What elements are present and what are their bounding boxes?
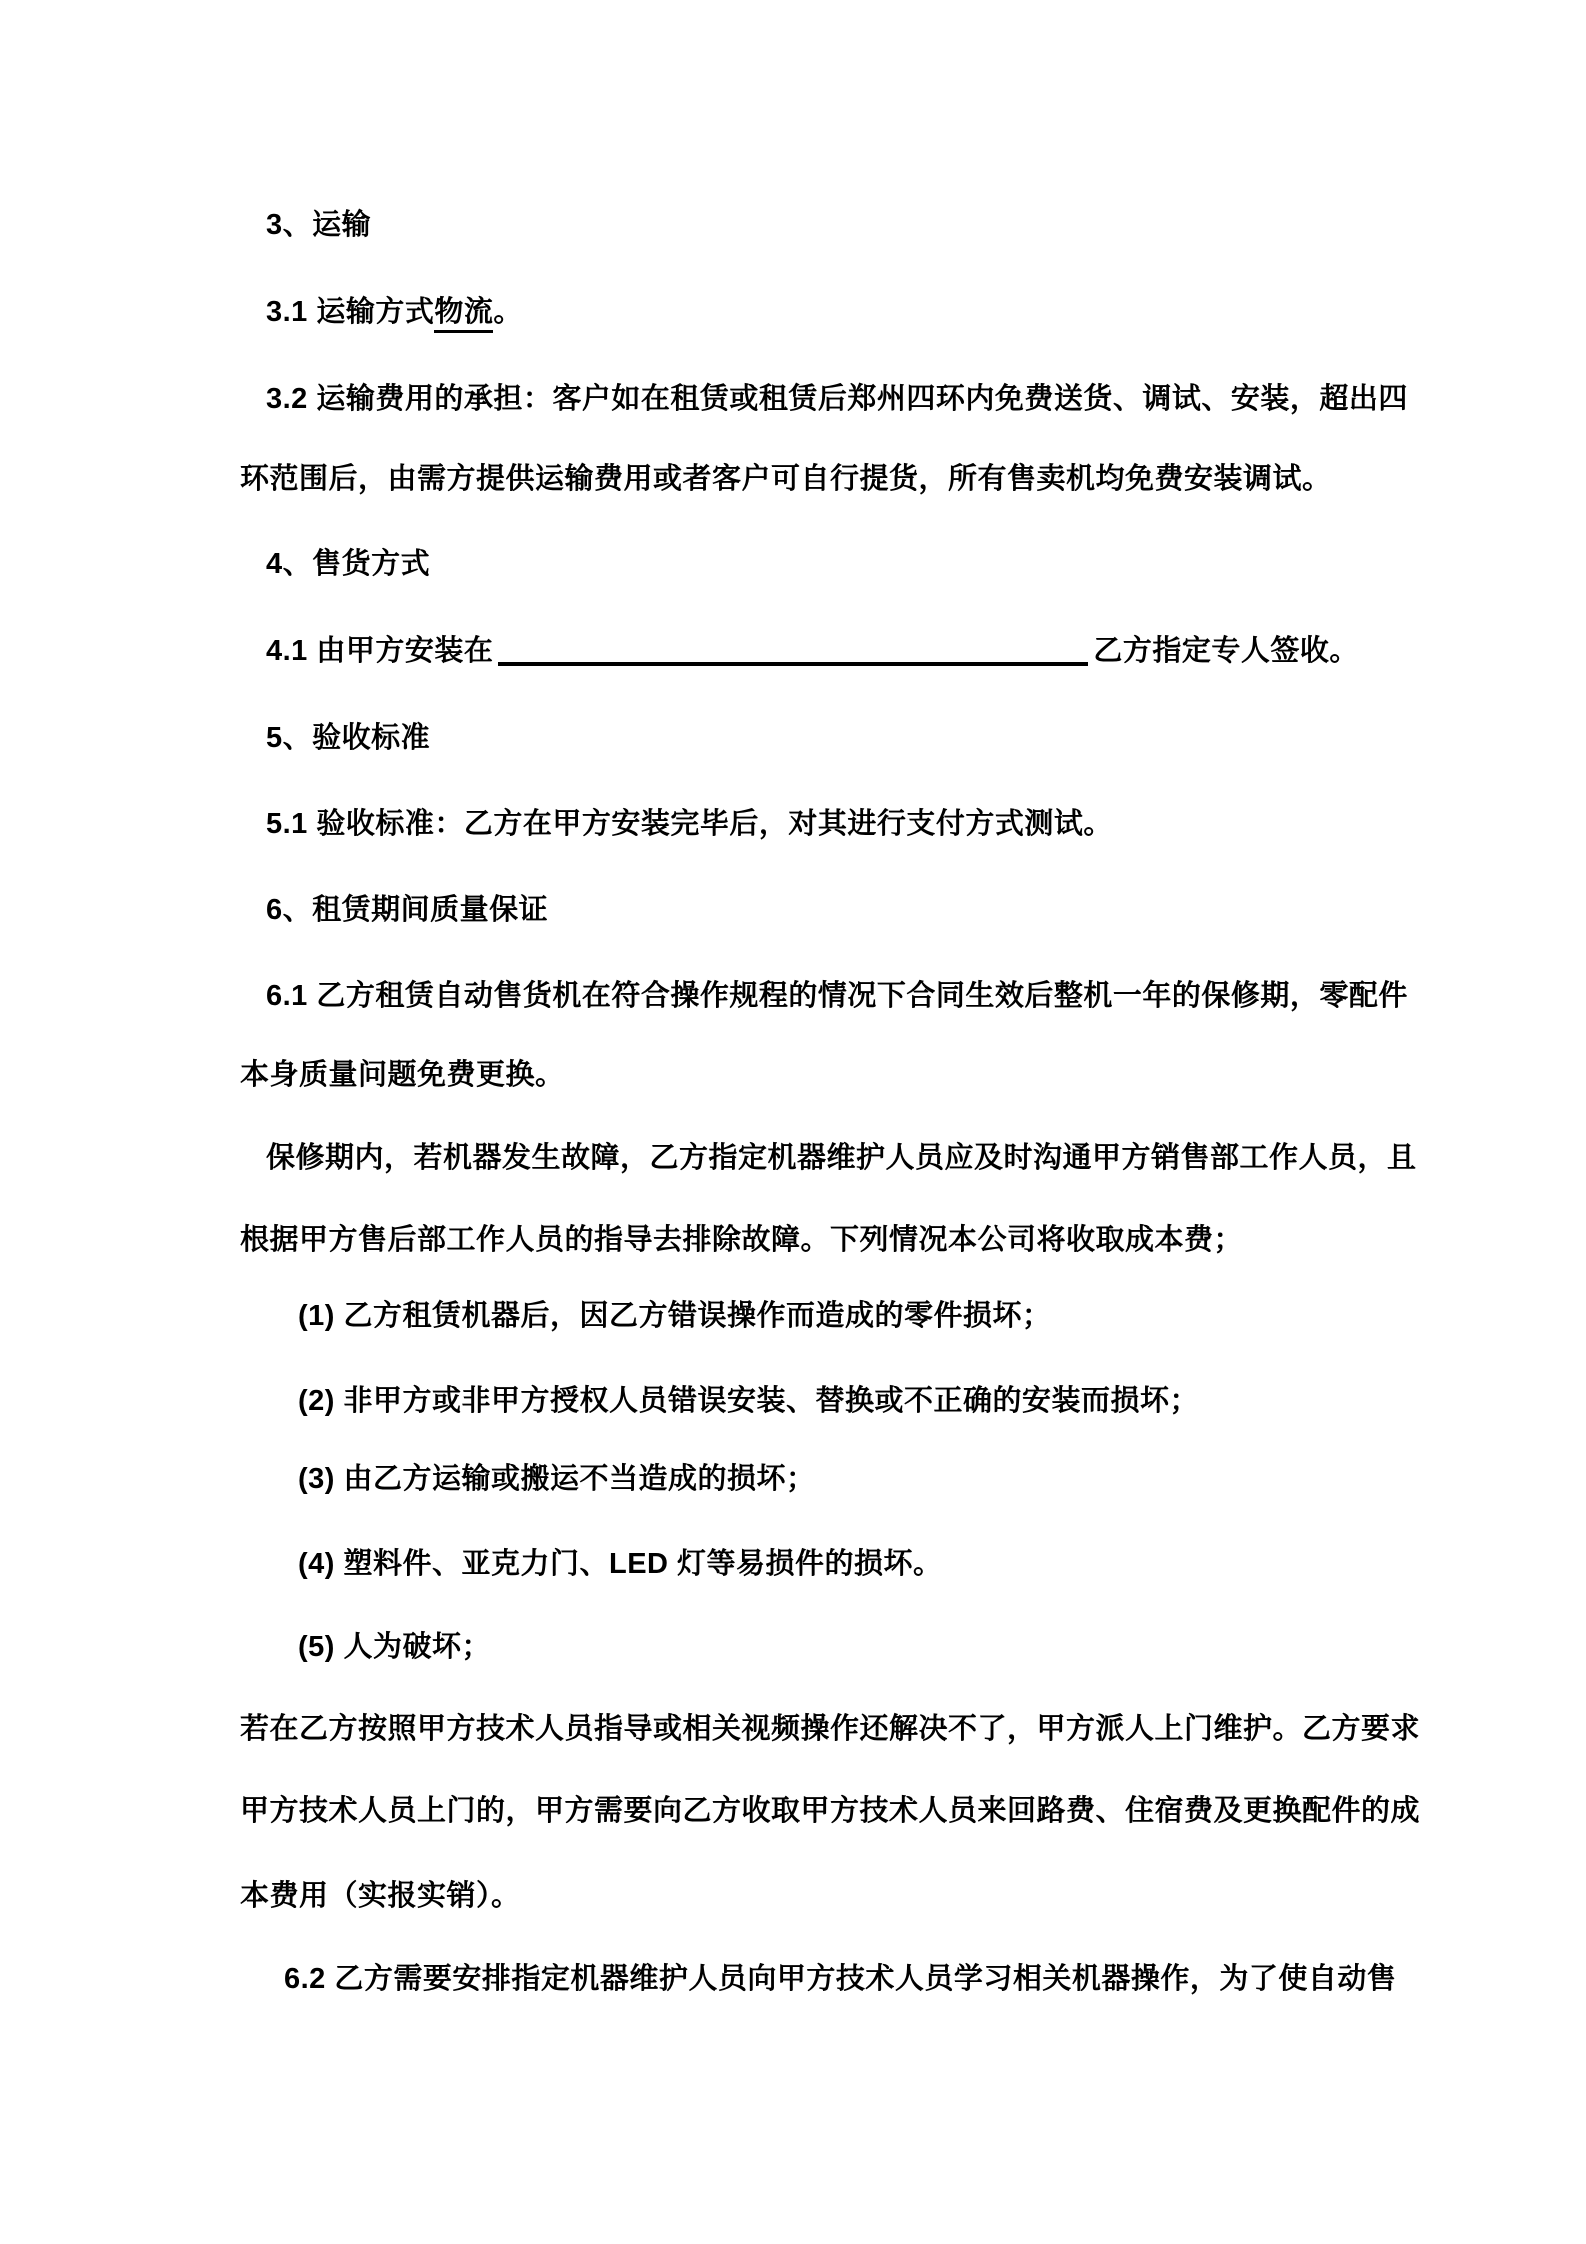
clause-3-2-line-1: 3.2 运输费用的承担：客户如在租赁或租赁后郑州四环内免费送货、调试、安装，超出… bbox=[266, 380, 1408, 418]
contract-page: 3、运输 3.1 运输方式物流。 3.2 运输费用的承担：客户如在租赁或租赁后郑… bbox=[0, 0, 1586, 2244]
clause-4-1: 4.1 由甲方安装在乙方指定专人签收。 bbox=[266, 632, 1359, 670]
section-6-heading: 6、租赁期间质量保证 bbox=[266, 891, 548, 929]
cost-item-5: (5) 人为破坏； bbox=[298, 1628, 491, 1666]
fill-in-blank-underline bbox=[498, 662, 1088, 666]
cost-item-1: (1) 乙方租赁机器后，因乙方错误操作而造成的零件损坏； bbox=[298, 1297, 1052, 1335]
warranty-paragraph-line-2: 根据甲方售后部工作人员的指导去排除故障。下列情况本公司将收取成本费； bbox=[240, 1221, 1243, 1259]
section-4-heading: 4、售货方式 bbox=[266, 545, 430, 583]
clause-3-1-prefix: 3.1 运输方式 bbox=[266, 296, 434, 328]
clause-3-1-suffix: 。 bbox=[493, 296, 523, 328]
clause-3-2-line-2: 环范围后，由需方提供运输费用或者客户可自行提货，所有售卖机均免费安装调试。 bbox=[240, 460, 1332, 498]
clause-6-1-line-2: 本身质量问题免费更换。 bbox=[240, 1056, 565, 1094]
section-5-heading: 5、验收标准 bbox=[266, 719, 430, 757]
cost-item-4: (4) 塑料件、亚克力门、LED 灯等易损件的损坏。 bbox=[298, 1545, 943, 1583]
clause-6-2-line-1: 6.2 乙方需要安排指定机器维护人员向甲方技术人员学习相关机器操作，为了使自动售 bbox=[284, 1960, 1396, 1998]
clause-3-1: 3.1 运输方式物流。 bbox=[266, 293, 523, 331]
clause-6-1-line-1: 6.1 乙方租赁自动售货机在符合操作规程的情况下合同生效后整机一年的保修期，零配… bbox=[266, 977, 1408, 1015]
clause-5-1: 5.1 验收标准：乙方在甲方安装完毕后，对其进行支付方式测试。 bbox=[266, 805, 1113, 843]
onsite-maintenance-line-2: 甲方技术人员上门的，甲方需要向乙方收取甲方技术人员来回路费、住宿费及更换配件的成 bbox=[240, 1792, 1420, 1830]
cost-item-2: (2) 非甲方或非甲方授权人员错误安装、替换或不正确的安装而损坏； bbox=[298, 1382, 1199, 1420]
warranty-paragraph-line-1: 保修期内，若机器发生故障，乙方指定机器维护人员应及时沟通甲方销售部工作人员，且 bbox=[266, 1139, 1417, 1177]
cost-item-3: (3) 由乙方运输或搬运不当造成的损坏； bbox=[298, 1460, 816, 1498]
clause-4-1-suffix: 乙方指定专人签收。 bbox=[1093, 635, 1359, 667]
section-3-heading: 3、运输 bbox=[266, 206, 371, 244]
onsite-maintenance-line-3: 本费用（实报实销）。 bbox=[240, 1877, 521, 1915]
clause-3-1-underlined-term: 物流 bbox=[434, 296, 493, 333]
onsite-maintenance-line-1: 若在乙方按照甲方技术人员指导或相关视频操作还解决不了，甲方派人上门维护。乙方要求 bbox=[240, 1710, 1420, 1748]
clause-4-1-prefix: 4.1 由甲方安装在 bbox=[266, 635, 493, 667]
